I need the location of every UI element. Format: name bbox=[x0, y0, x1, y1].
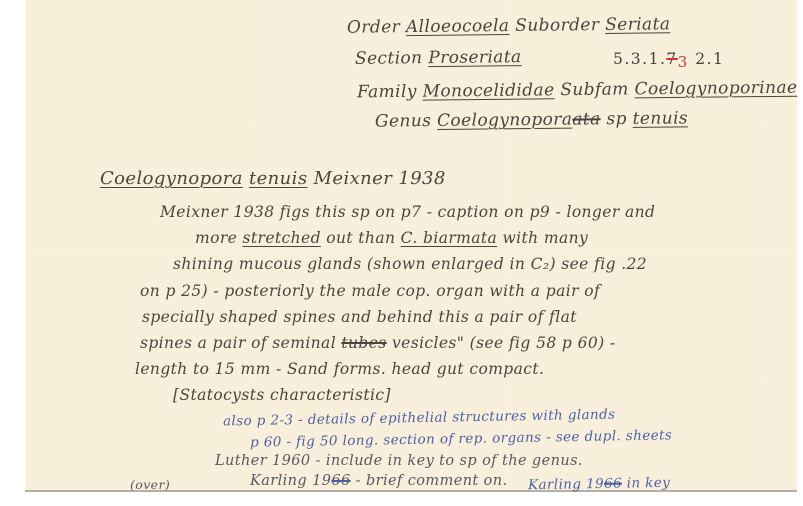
karling-blue-struck-year: 66 bbox=[604, 476, 622, 492]
genus-struck-letters: ata bbox=[572, 109, 601, 129]
blue-note-2: p 60 - fig 50 long. section of rep. orga… bbox=[250, 427, 672, 450]
suborder-value: Seriata bbox=[605, 14, 670, 35]
header-line-section: Section Proseriata bbox=[355, 47, 522, 69]
header-line-genus-sp: Genus Coelogynoporaata sp tenuis bbox=[375, 108, 688, 131]
section-value: Proseriata bbox=[428, 47, 521, 68]
karling-blue-post: in key bbox=[622, 475, 670, 492]
classification-code: 5.3.1.73 2.1 bbox=[613, 50, 724, 68]
title-genus: Coelogynopora bbox=[100, 168, 243, 189]
body-line-7: length to 15 mm - Sand forms. head gut c… bbox=[135, 360, 544, 378]
body-line-5: specially shaped spines and behind this … bbox=[142, 308, 577, 326]
body-line-6-post: vesicles" (see fig 58 p 60) - bbox=[387, 334, 616, 352]
family-label: Family bbox=[357, 82, 423, 103]
order-value: Alloeocoela bbox=[406, 16, 510, 37]
body-line-6: spines a pair of seminal tubes vesicles"… bbox=[140, 334, 616, 352]
stretched-underlined: stretched bbox=[243, 229, 321, 247]
body-line-2-text: more bbox=[195, 229, 243, 247]
ref-luther: Luther 1960 - include in key to sp of th… bbox=[215, 453, 583, 469]
c-biarmata-underlined: C. biarmata bbox=[401, 229, 498, 247]
ref-karling: Karling 1966 - brief comment on. bbox=[250, 473, 508, 489]
family-value: Monocelididae bbox=[422, 80, 554, 101]
karling-pre: Karling 19 bbox=[250, 473, 331, 489]
body-line-3: shining mucous glands (shown enlarged in… bbox=[173, 255, 647, 273]
subfam-value: Coelogynoporinae bbox=[634, 78, 797, 100]
scanned-index-card-page: Order Alloeocoela Suborder Seriata Secti… bbox=[0, 0, 803, 506]
karling-struck-year: 66 bbox=[331, 473, 350, 489]
sp-label: sp bbox=[601, 109, 633, 129]
seminal-struck-word: tubes bbox=[341, 334, 386, 352]
code-red-correction: 3 bbox=[678, 53, 689, 71]
header-line-family-subfam: Family Monocelididae Subfam Coelogynopor… bbox=[357, 78, 798, 103]
body-line-2: more stretched out than C. biarmata with… bbox=[195, 229, 588, 247]
body-line-8-statocysts: [Statocysts characteristic] bbox=[173, 386, 391, 404]
body-line-6-pre: spines a pair of seminal bbox=[140, 334, 341, 352]
species-value: tenuis bbox=[633, 108, 689, 129]
ref-karling-blue: Karling 1966 in key bbox=[528, 475, 670, 493]
over-note: (over) bbox=[130, 477, 170, 492]
code-struck-digit: 7 bbox=[666, 50, 677, 68]
suborder-label: Suborder bbox=[509, 15, 605, 36]
body-line-4: on p 25) - posteriorly the male cop. org… bbox=[140, 282, 600, 300]
genus-value: Coelogynopora bbox=[437, 110, 572, 131]
code-suffix: 2.1 bbox=[689, 50, 725, 68]
index-card: Order Alloeocoela Suborder Seriata Secti… bbox=[25, 0, 797, 492]
genus-label: Genus bbox=[375, 111, 437, 132]
karling-blue-pre: Karling 19 bbox=[528, 476, 604, 493]
blue-note-1: also p 2-3 - details of epithelial struc… bbox=[223, 407, 616, 430]
species-title: Coelogynopora tenuis Meixner 1938 bbox=[100, 168, 446, 189]
body-line-2-post: with many bbox=[497, 229, 588, 247]
body-line-2-mid: out than bbox=[321, 229, 401, 247]
karling-post: - brief comment on. bbox=[351, 473, 508, 489]
body-line-1: Meixner 1938 figs this sp on p7 - captio… bbox=[160, 203, 655, 221]
section-label: Section bbox=[355, 48, 429, 69]
subfam-label: Subfam bbox=[554, 79, 634, 100]
header-line-order-suborder: Order Alloeocoela Suborder Seriata bbox=[347, 14, 671, 37]
code-prefix: 5.3.1. bbox=[613, 50, 666, 68]
title-species: tenuis bbox=[249, 168, 307, 189]
title-authority: Meixner 1938 bbox=[307, 168, 445, 189]
order-label: Order bbox=[347, 17, 406, 38]
